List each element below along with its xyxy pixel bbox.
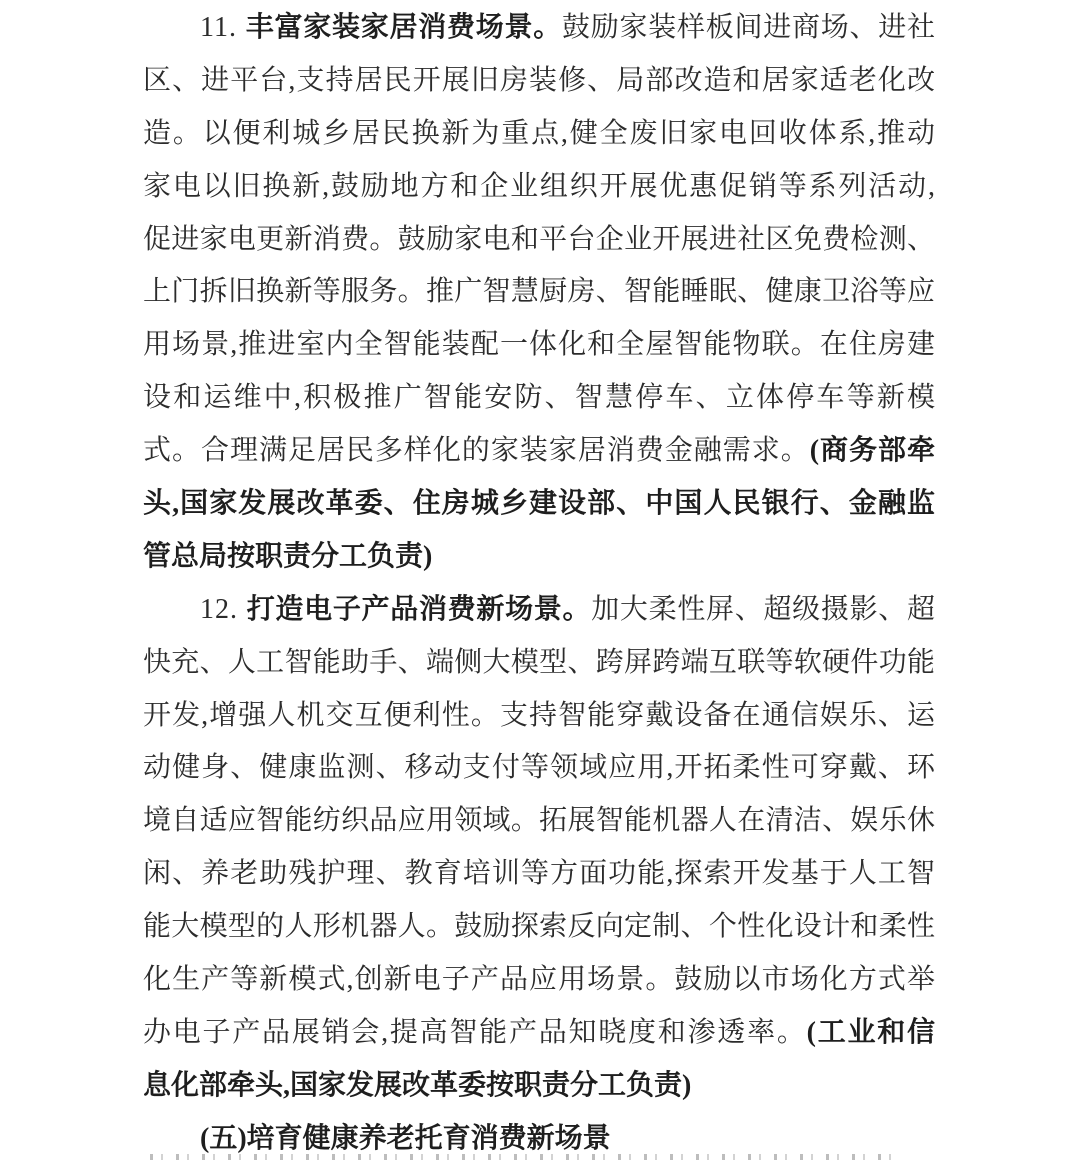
paragraph-number: 11.	[200, 12, 246, 43]
body-text: 能大模型的人形机器人。鼓励探索反向定制、个性化设计和柔性	[143, 911, 935, 942]
text-line: 家电以旧换新,鼓励地方和企业组织开展优惠促销等系列活动,	[143, 161, 935, 214]
text-line: 办电子产品展销会,提高智能产品知晓度和渗透率。(工业和信	[143, 1007, 935, 1060]
body-text: 促进家电更新消费。鼓励家电和平台企业开展进社区免费检测、	[143, 224, 935, 255]
paragraph-number: 12.	[200, 594, 247, 625]
document-page: 11. 丰富家装家居消费场景。鼓励家装样板间进商场、进社区、进平台,支持居民开展…	[0, 0, 1080, 1160]
document-text-block: 11. 丰富家装家居消费场景。鼓励家装样板间进商场、进社区、进平台,支持居民开展…	[143, 2, 935, 1160]
body-text: 家电以旧换新,鼓励地方和企业组织开展优惠促销等系列活动,	[143, 171, 935, 202]
responsible-departments-text: 管总局按职责分工负责)	[143, 541, 432, 572]
body-text: 开发,增强人机交互便利性。支持智能穿戴设备在通信娱乐、运	[143, 700, 935, 731]
clipped-next-line	[150, 1154, 900, 1160]
text-line: 11. 丰富家装家居消费场景。鼓励家装样板间进商场、进社	[143, 2, 935, 55]
body-text: 办电子产品展销会,提高智能产品知晓度和渗透率。	[143, 1017, 807, 1048]
text-line: 式。合理满足居民多样化的家装家居消费金融需求。(商务部牵	[143, 425, 935, 478]
text-line: 息化部牵头,国家发展改革委按职责分工负责)	[143, 1060, 935, 1113]
text-line: 闲、养老助残护理、教育培训等方面功能,探索开发基于人工智	[143, 848, 935, 901]
body-text: 闲、养老助残护理、教育培训等方面功能,探索开发基于人工智	[143, 858, 935, 889]
text-line: 12. 打造电子产品消费新场景。加大柔性屏、超级摄影、超级	[143, 584, 935, 637]
text-line: 造。以便利城乡居民换新为重点,健全废旧家电回收体系,推动	[143, 108, 935, 161]
text-line: 头,国家发展改革委、住房城乡建设部、中国人民银行、金融监	[143, 478, 935, 531]
body-text: 鼓励家装样板间进商场、进社	[562, 12, 935, 43]
body-text: 造。以便利城乡居民换新为重点,健全废旧家电回收体系,推动	[143, 118, 935, 149]
text-line: 化生产等新模式,创新电子产品应用场景。鼓励以市场化方式举	[143, 954, 935, 1007]
body-text: 快充、人工智能助手、端侧大模型、跨屏跨端互联等软硬件功能	[143, 647, 935, 678]
text-line: (五)培育健康养老托育消费新场景	[143, 1113, 935, 1160]
responsible-departments-text: 息化部牵头,国家发展改革委按职责分工负责)	[143, 1070, 691, 1101]
body-text: 用场景,推进室内全智能装配一体化和全屋智能物联。在住房建	[143, 329, 935, 360]
body-text: 动健身、健康监测、移动支付等领域应用,开拓柔性可穿戴、环	[143, 752, 935, 783]
paragraph-heading: 丰富家装家居消费场景。	[246, 12, 562, 43]
text-line: 上门拆旧换新等服务。推广智慧厨房、智能睡眠、健康卫浴等应	[143, 266, 935, 319]
body-text: 区、进平台,支持居民开展旧房装修、局部改造和居家适老化改	[143, 65, 935, 96]
text-line: 管总局按职责分工负责)	[143, 531, 935, 584]
responsible-departments-text: 头,国家发展改革委、住房城乡建设部、中国人民银行、金融监	[143, 488, 935, 519]
text-line: 用场景,推进室内全智能装配一体化和全屋智能物联。在住房建	[143, 319, 935, 372]
text-line: 设和运维中,积极推广智能安防、智慧停车、立体停车等新模	[143, 372, 935, 425]
body-text: 上门拆旧换新等服务。推广智慧厨房、智能睡眠、健康卫浴等应	[143, 276, 935, 307]
responsible-departments-text: (商务部牵	[810, 435, 935, 466]
text-line: 境自适应智能纺织品应用领域。拓展智能机器人在清洁、娱乐休	[143, 795, 935, 848]
body-text: 式。合理满足居民多样化的家装家居消费金融需求。	[143, 435, 810, 466]
text-line: 快充、人工智能助手、端侧大模型、跨屏跨端互联等软硬件功能	[143, 637, 935, 690]
paragraph-heading: 打造电子产品消费新场景。	[247, 594, 592, 625]
body-text: 化生产等新模式,创新电子产品应用场景。鼓励以市场化方式举	[143, 964, 935, 995]
body-text: 设和运维中,积极推广智能安防、智慧停车、立体停车等新模	[143, 382, 935, 413]
body-text: 境自适应智能纺织品应用领域。拓展智能机器人在清洁、娱乐休	[143, 805, 935, 836]
text-line: 动健身、健康监测、移动支付等领域应用,开拓柔性可穿戴、环	[143, 742, 935, 795]
section-heading: (五)培育健康养老托育消费新场景	[200, 1123, 611, 1154]
responsible-departments-text: (工业和信	[807, 1017, 935, 1048]
text-line: 能大模型的人形机器人。鼓励探索反向定制、个性化设计和柔性	[143, 901, 935, 954]
text-line: 开发,增强人机交互便利性。支持智能穿戴设备在通信娱乐、运	[143, 690, 935, 743]
text-line: 区、进平台,支持居民开展旧房装修、局部改造和居家适老化改	[143, 55, 935, 108]
text-line: 促进家电更新消费。鼓励家电和平台企业开展进社区免费检测、	[143, 214, 935, 267]
